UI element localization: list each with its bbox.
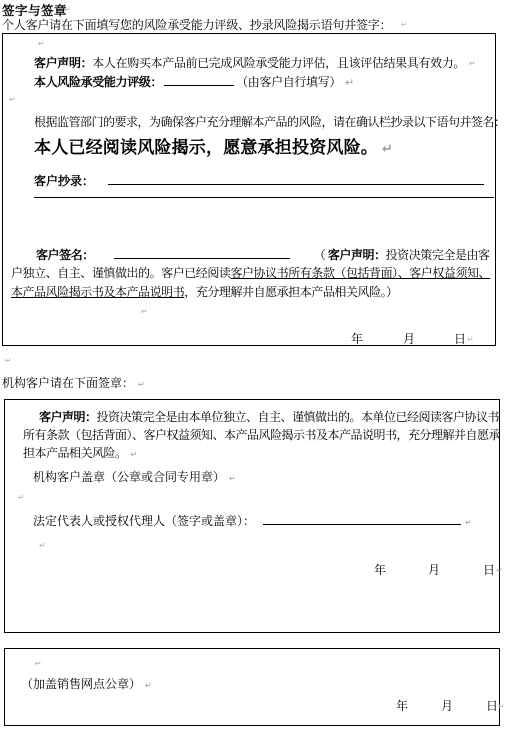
declaration-open: （ [314, 248, 328, 262]
outlet-seal-line: （加盖销售网点公章）↵ [21, 675, 152, 692]
pilcrow-mark: ↵ [141, 308, 148, 316]
outlet-date-line: 年 月 日 ↵ [5, 697, 499, 713]
declaration-close: ，充分理解并自愿承担本产品相关风险。） [184, 285, 397, 299]
org-date-line: 年 月 日 ↵ [5, 561, 499, 577]
pilcrow-mark: ↵ [38, 40, 45, 48]
pilcrow-mark: ↵ [498, 703, 505, 711]
org-intro-text: 机构客户请在下面签章： [2, 376, 134, 390]
pilcrow-mark: ↵ [496, 567, 503, 575]
pilcrow-mark: ↵ [401, 21, 408, 29]
month-label: 月 [403, 330, 415, 347]
signature-blank-field[interactable] [114, 246, 290, 259]
org-seal-label: 机构客户盖章（公章或合同专用章） [33, 470, 225, 484]
pilcrow-mark: ↵ [5, 357, 12, 365]
declaration-label: 客户声明： [328, 248, 386, 262]
month-label: 月 [428, 561, 440, 578]
pilcrow-mark: ↵ [345, 76, 354, 89]
pilcrow-mark: ↵ [469, 60, 476, 68]
org-declaration-paragraph: 客户声明：投资决策完全是由本单位独立、自主、谨慎做出的。本单位已经阅读客户协议书… [23, 408, 501, 464]
client-statement-text: 本人在购买本产品前已完成风险承受能力评估，且该评估结果具有效力。 [92, 56, 465, 70]
pilcrow-mark: ↵ [39, 542, 46, 550]
day-label: 日 [454, 330, 466, 347]
transcription-line: 客户抄录： [34, 172, 484, 189]
pilcrow-mark: ↵ [145, 681, 152, 690]
representative-line: 法定代表人或授权代理人（签字或盖章）：↵ [33, 512, 472, 529]
day-label: 日 [486, 697, 498, 714]
representative-label: 法定代表人或授权代理人（签字或盖章）： [33, 514, 255, 528]
pilcrow-mark: ↵ [131, 450, 137, 459]
risk-statement-line: 本人已经阅读风险揭示，愿意承担投资风险。↵ [34, 133, 393, 158]
year-label: 年 [396, 697, 408, 714]
client-statement-line: 客户声明：本人在购买本产品前已完成风险承受能力评估，且该评估结果具有效力。 [34, 54, 465, 71]
pilcrow-mark: ↵ [467, 336, 474, 344]
org-client-box: 客户声明：投资决策完全是由本单位独立、自主、谨慎做出的。本单位已经阅读客户协议书… [4, 399, 500, 633]
pilcrow-mark: ↵ [18, 494, 25, 502]
rating-line: 本人风险承受能力评级：（由客户自行填写）↵ [34, 73, 354, 90]
pilcrow-mark: ↵ [229, 474, 236, 483]
risk-statement-text: 本人已经阅读风险揭示，愿意承担投资风险。 [34, 138, 378, 157]
pilcrow-mark: ↵ [35, 660, 42, 668]
signature-label: 客户签名： [36, 248, 94, 262]
pilcrow-mark: ↵ [382, 142, 393, 157]
outlet-seal-note: （加盖销售网点公章） [21, 677, 141, 691]
pilcrow-mark: ↵ [465, 518, 472, 527]
transcription-label: 客户抄录： [34, 174, 94, 188]
rating-blank-field[interactable] [164, 73, 234, 86]
signature-declaration-paragraph: 客户签名：（ 客户声明：投资决策完全是由客户独立、自主、谨慎做出的。客户已经阅读… [11, 246, 495, 301]
representative-blank-field[interactable] [263, 512, 461, 525]
personal-date-line: 年 月 日 ↵ [3, 330, 495, 346]
org-seal-line: 机构客户盖章（公章或合同专用章）↵ [33, 468, 236, 485]
org-intro-line: 机构客户请在下面签章：↵ [2, 374, 145, 391]
transcription-instruction: 根据监管部门的要求，为确保客户充分理解本产品的风险，请在确认栏抄录以下语句并签名… [34, 113, 506, 130]
document-page: 签字与签章 ↵ 个人客户请在下面填写您的风险承受能力评级、抄录风险揭示语句并签字… [0, 0, 507, 731]
year-label: 年 [374, 561, 386, 578]
pilcrow-mark: ↵ [9, 96, 16, 104]
rating-note: （由客户自行填写） [236, 75, 341, 89]
client-statement-label: 客户声明： [34, 56, 92, 70]
year-label: 年 [351, 330, 363, 347]
transcription-blank-field[interactable] [108, 172, 484, 185]
personal-client-box: ↵ 客户声明：本人在购买本产品前已完成风险承受能力评估，且该评估结果具有效力。 … [2, 33, 496, 346]
pilcrow-mark: ↵ [138, 380, 145, 389]
personal-intro-text: 个人客户请在下面填写您的风险承受能力评级、抄录风险揭示语句并签字： [2, 16, 391, 33]
transcription-second-rule[interactable] [34, 197, 494, 198]
day-label: 日 [483, 561, 495, 578]
org-client-statement-label: 客户声明： [39, 410, 97, 424]
month-label: 月 [441, 697, 453, 714]
outlet-seal-box: ↵ （加盖销售网点公章）↵ 年 月 日 ↵ [4, 648, 500, 726]
pilcrow-mark: ↵ [64, 6, 71, 14]
rating-label: 本人风险承受能力评级： [34, 75, 162, 89]
